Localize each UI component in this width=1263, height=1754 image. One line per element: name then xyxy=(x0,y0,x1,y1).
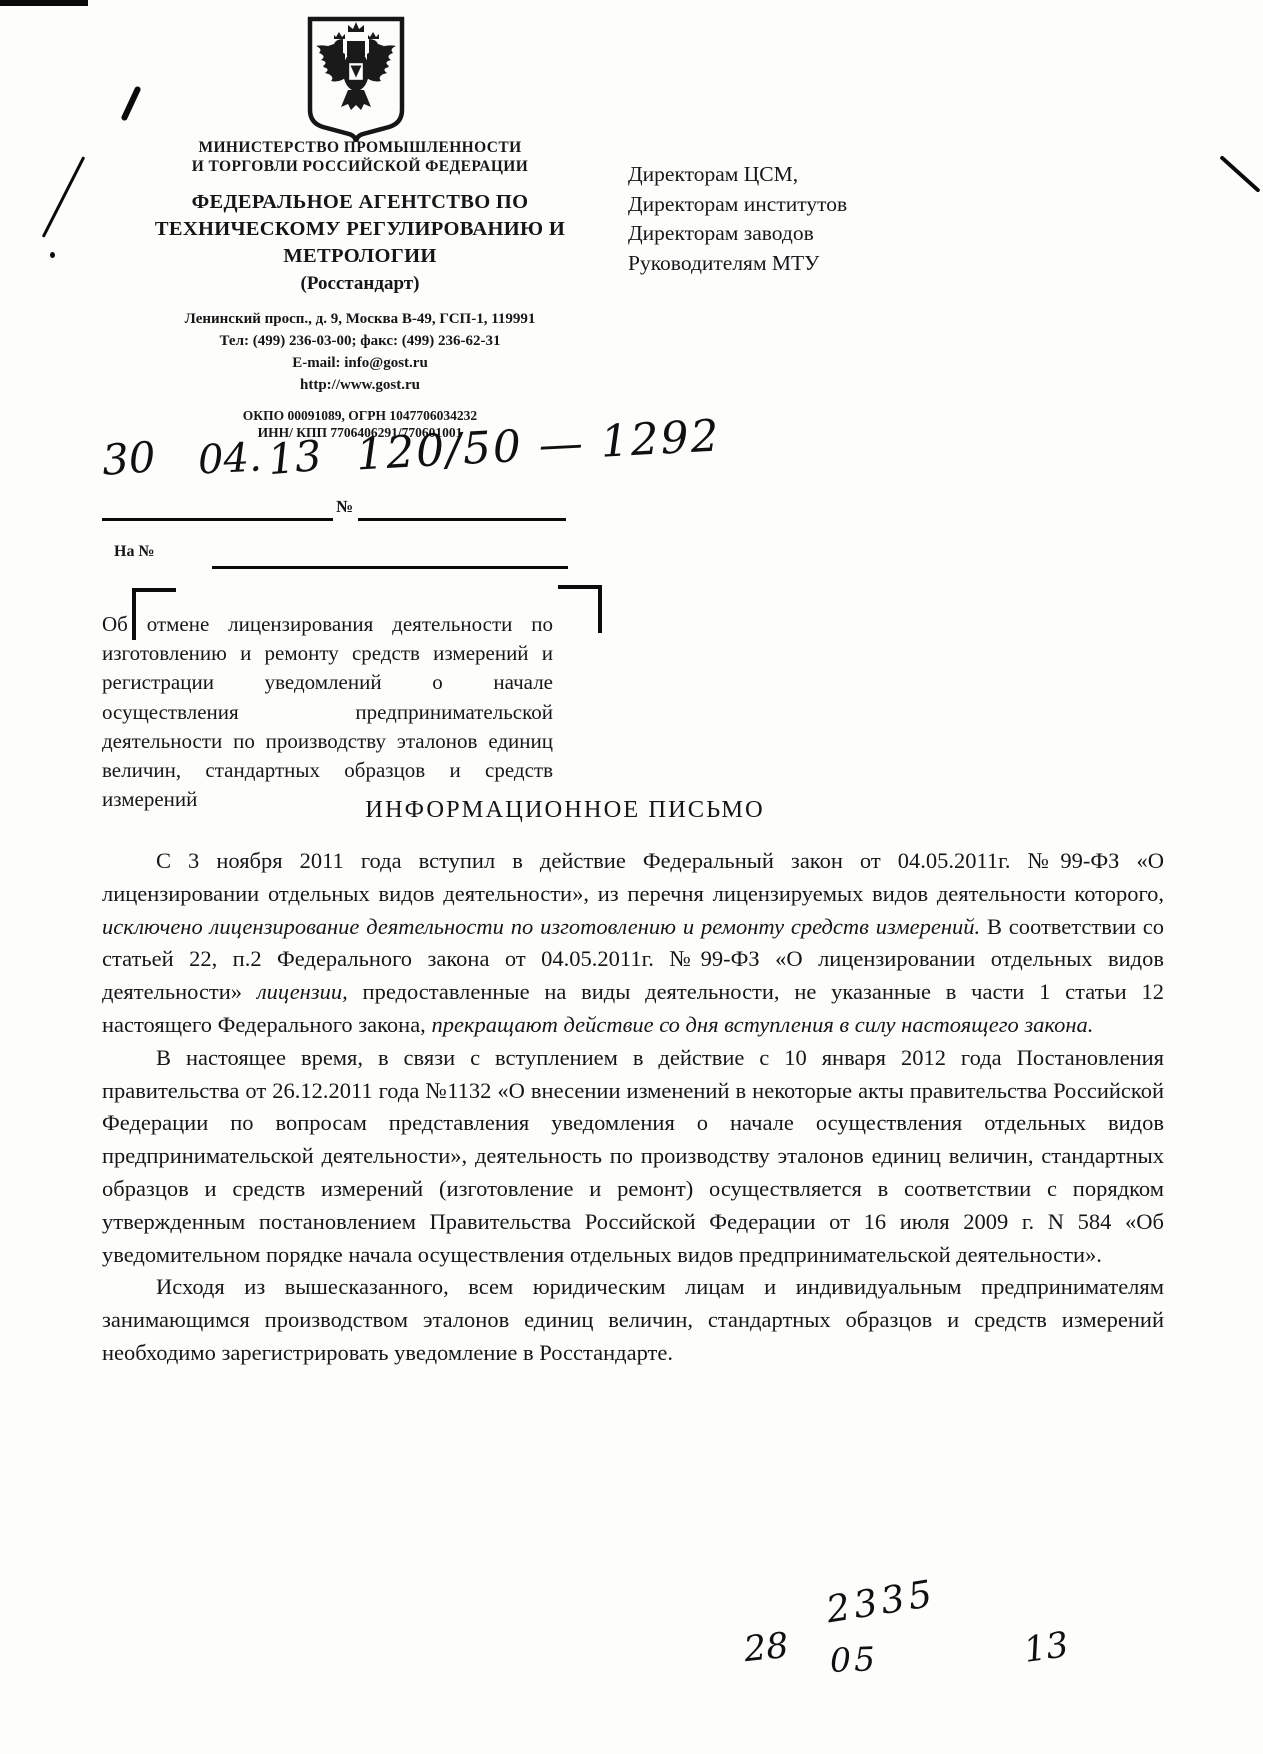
number-underline xyxy=(358,518,566,521)
scan-edge-artifact xyxy=(0,0,88,6)
handwritten-stamp-year: 13 xyxy=(1021,1625,1071,1671)
paragraph-3: Исходя из вышесказанного, всем юридическ… xyxy=(102,1271,1164,1369)
ministry-name-line1: МИНИСТЕРСТВО ПРОМЫШЛЕННОСТИ xyxy=(98,138,622,157)
date-underline xyxy=(102,518,333,521)
website: http://www.gost.ru xyxy=(98,374,622,396)
letterhead: МИНИСТЕРСТВО ПРОМЫШЛЕННОСТИ И ТОРГОВЛИ Р… xyxy=(98,138,622,441)
pen-mark xyxy=(42,156,86,238)
pen-mark xyxy=(1219,155,1260,193)
handwritten-outgoing-month: 04. xyxy=(197,434,263,483)
reply-underline xyxy=(212,566,568,569)
letter-body: С 3 ноября 2011 года вступил в действие … xyxy=(102,845,1164,1370)
handwritten-stamp-day: 28 xyxy=(742,1626,790,1670)
addressee-line: Руководителям МТУ xyxy=(628,249,847,279)
subject-corner-bracket-right xyxy=(558,585,602,633)
paragraph-1-italic-segment: прекращают действие со дня вступления в … xyxy=(431,1012,1093,1037)
handwritten-stamp-number: 2335 xyxy=(823,1572,939,1632)
pen-mark xyxy=(120,85,141,121)
agency-name: ФЕДЕРАЛЬНОЕ АГЕНТСТВО ПО ТЕХНИЧЕСКОМУ РЕ… xyxy=(144,189,576,270)
paragraph-1-italic-segment: исключено лицензирование деятельности по… xyxy=(102,914,980,939)
coat-of-arms-icon xyxy=(303,14,409,142)
handwritten-outgoing-day: 30 xyxy=(100,432,157,485)
scanned-letter-page: МИНИСТЕРСТВО ПРОМЫШЛЕННОСТИ И ТОРГОВЛИ Р… xyxy=(0,0,1263,1754)
phone-fax: Тел: (499) 236-03-00; факс: (499) 236-62… xyxy=(98,330,622,352)
postal-address: Ленинский просп., д. 9, Москва В-49, ГСП… xyxy=(98,308,622,330)
outgoing-number-label: № xyxy=(336,497,353,517)
agency-short-name: (Росстандарт) xyxy=(98,273,622,295)
paragraph-1-italic-segment: лицензии, xyxy=(257,979,348,1004)
addressees-list: Директорам ЦСМ, Директорам институтов Ди… xyxy=(628,160,847,278)
handwritten-stamp-month: 05 xyxy=(829,1639,878,1680)
addressee-line: Директорам институтов xyxy=(628,190,847,220)
letter-subject: Об отмене лицензирования деятельности по… xyxy=(102,610,553,814)
addressee-line: Директорам ЦСМ, xyxy=(628,160,847,190)
reply-to-label: На № xyxy=(114,543,155,561)
paragraph-1-segment: С 3 ноября 2011 года вступил в действие … xyxy=(102,848,1164,906)
paragraph-1: С 3 ноября 2011 года вступил в действие … xyxy=(102,845,1164,1042)
handwritten-outgoing-year: 13 xyxy=(266,431,324,484)
document-title: ИНФОРМАЦИОННОЕ ПИСЬМО xyxy=(135,796,995,824)
email: E-mail: info@gost.ru xyxy=(98,352,622,374)
addressee-line: Директорам заводов xyxy=(628,219,847,249)
ministry-name-line2: И ТОРГОВЛИ РОССИЙСКОЙ ФЕДЕРАЦИИ xyxy=(98,157,622,176)
pen-mark xyxy=(50,252,55,258)
paragraph-2: В настоящее время, в связи с вступлением… xyxy=(102,1042,1164,1272)
